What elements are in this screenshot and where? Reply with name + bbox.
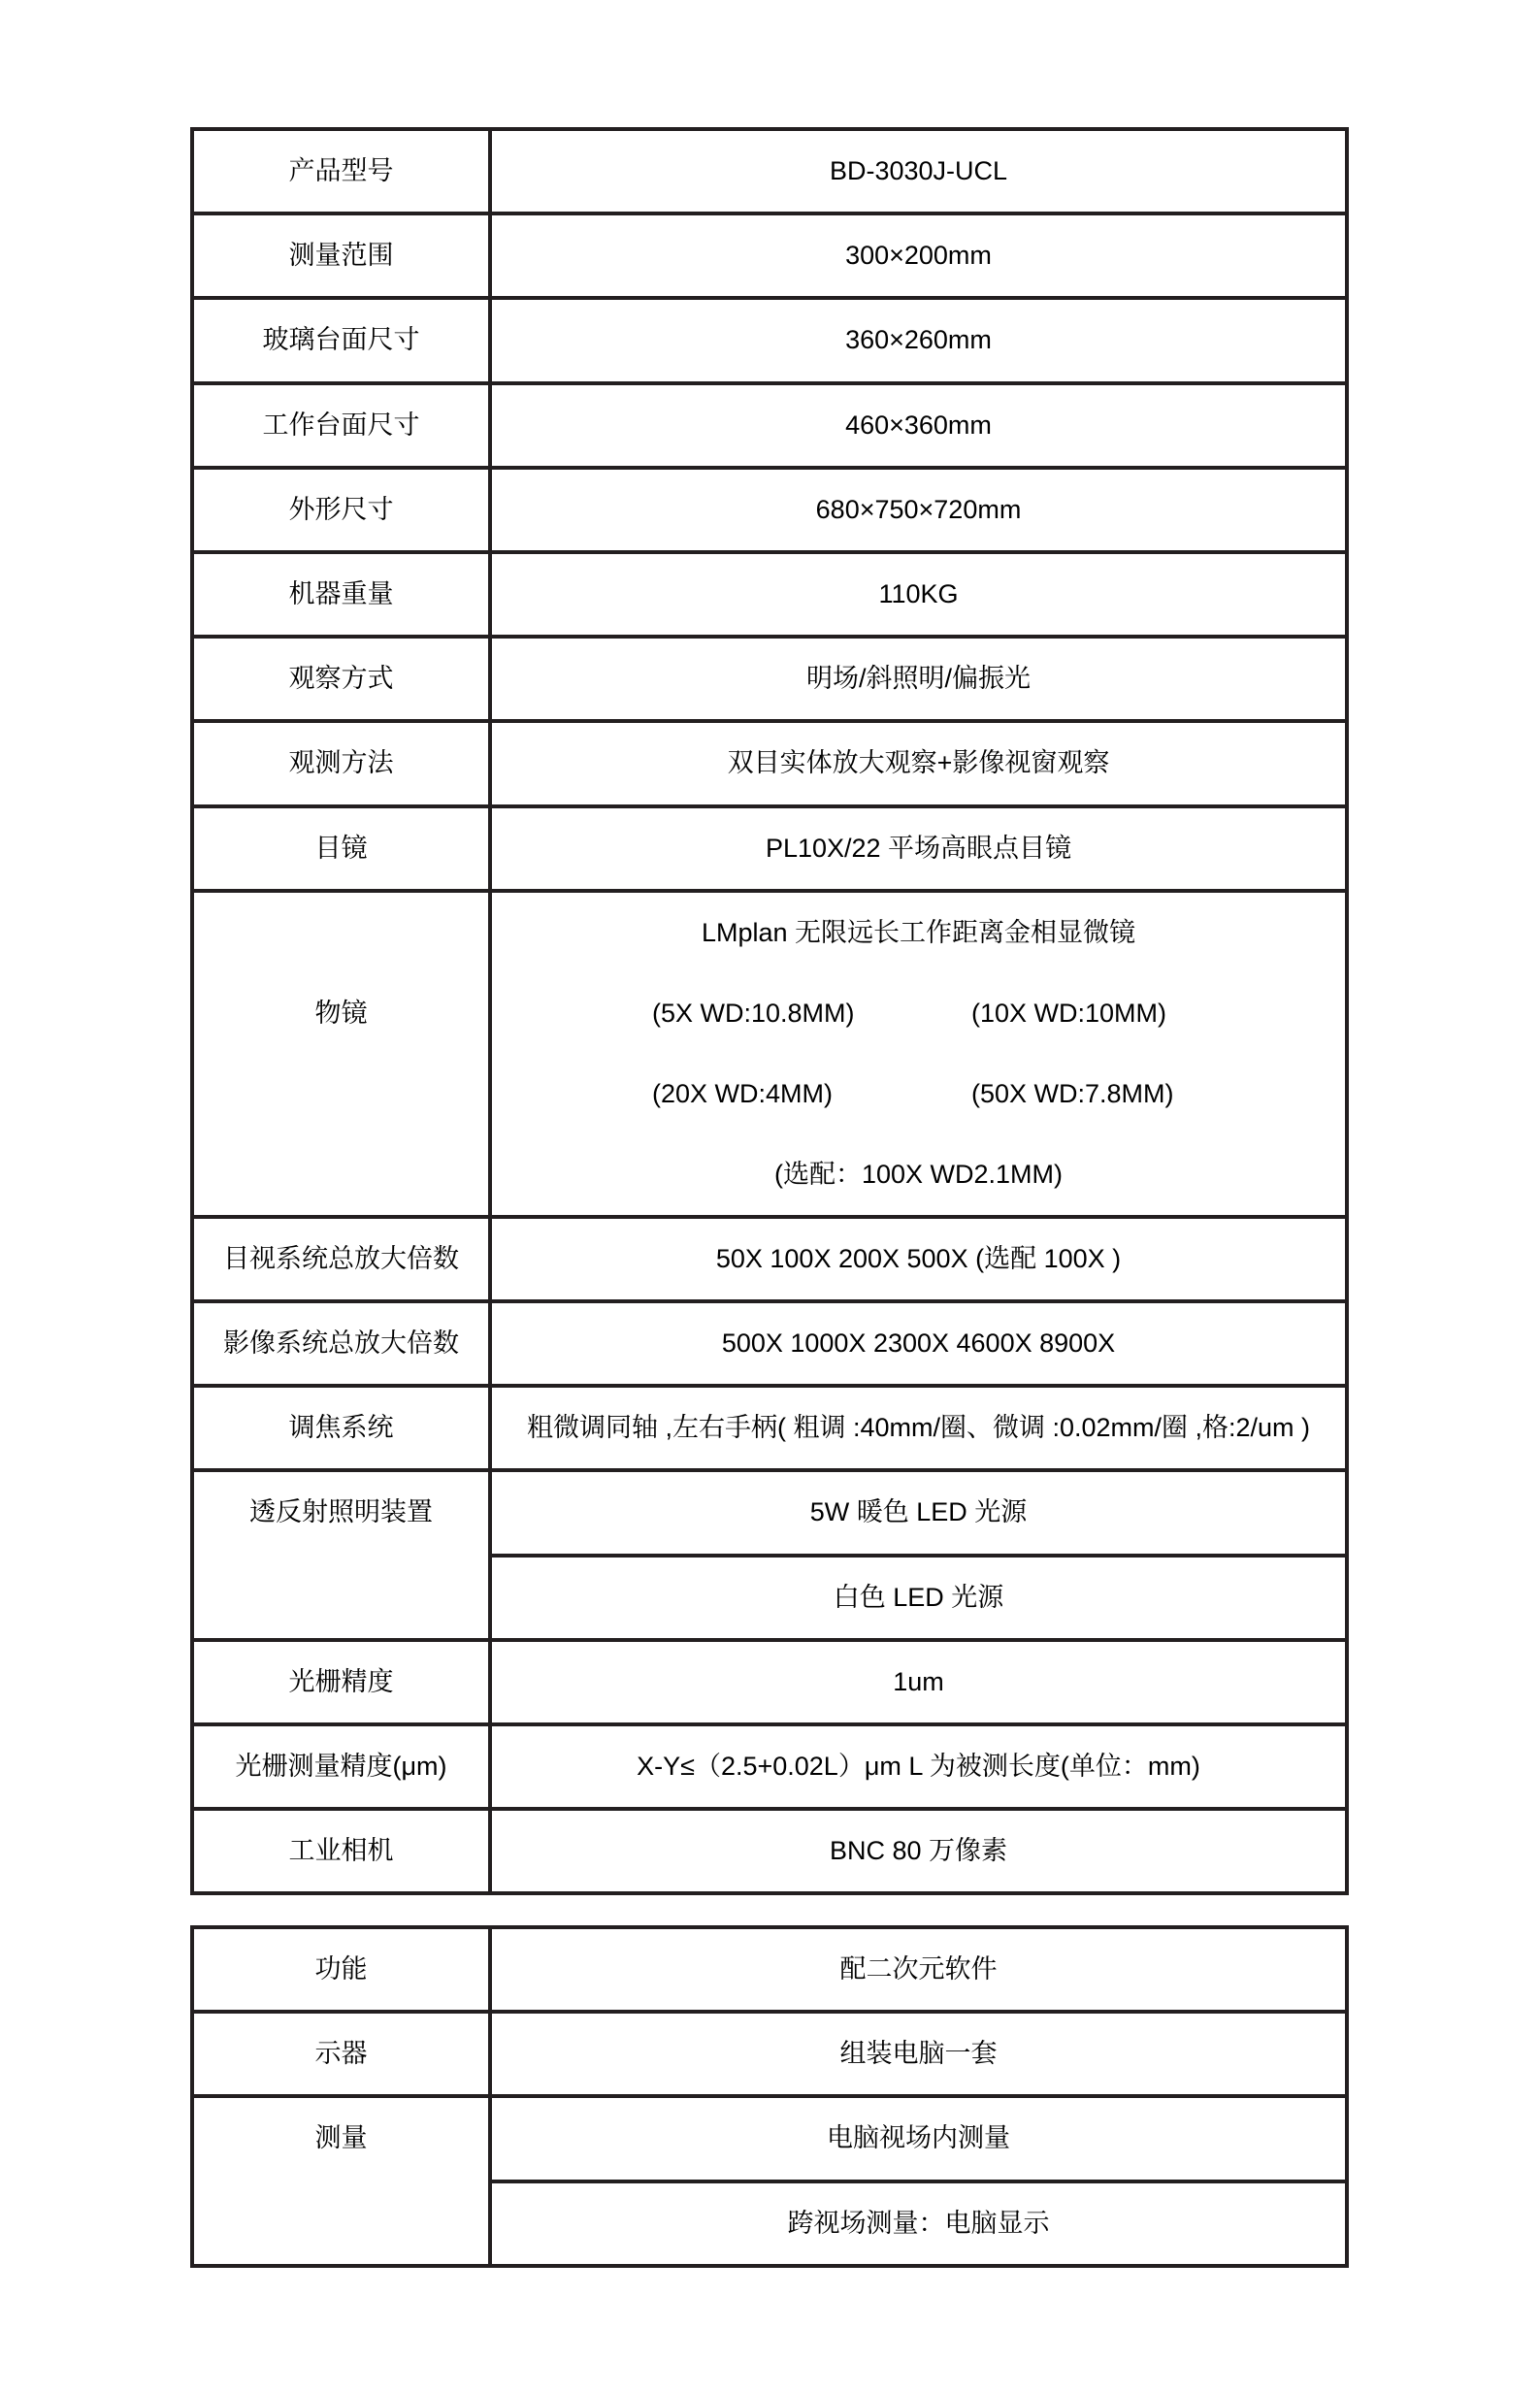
row-value: 300×200mm	[492, 215, 1345, 296]
measurement-values: 电脑视场内测量 跨视场测量：电脑显示	[492, 2098, 1345, 2263]
row-value: 50X 100X 200X 500X (选配 100X )	[492, 1219, 1345, 1299]
lens-10x: (10X WD:10MM)	[971, 973, 1166, 1054]
row-value: BD-3030J-UCL	[492, 131, 1345, 212]
row-label: 示器	[194, 2014, 492, 2094]
row-label: 光栅测量精度(μm)	[194, 1726, 492, 1807]
row-label: 物镜	[194, 893, 492, 1215]
lens-5x: (5X WD:10.8MM)	[652, 973, 855, 1054]
objective-details: LMplan 无限远长工作距离金相显微镜 (5X WD:10.8MM) (10X…	[492, 893, 1345, 1215]
row-value: BNC 80 万像素	[492, 1811, 1345, 1891]
row-value: 500X 1000X 2300X 4600X 8900X	[492, 1303, 1345, 1384]
row-label: 产品型号	[194, 131, 492, 212]
row-grating-resolution: 光栅精度 1um	[194, 1638, 1345, 1722]
measurement-in-field: 电脑视场内测量	[492, 2098, 1345, 2179]
row-label: 测量	[194, 2098, 492, 2263]
row-label: 调焦系统	[194, 1388, 492, 1468]
objective-optional: (选配：100X WD2.1MM)	[492, 1134, 1345, 1215]
row-visual-total-magnification: 目视系统总放大倍数 50X 100X 200X 500X (选配 100X )	[194, 1215, 1345, 1299]
row-value: 组装电脑一套	[492, 2014, 1345, 2094]
row-observation-mode: 观察方式 明场/斜照明/偏振光	[194, 635, 1345, 719]
row-value: 110KG	[492, 554, 1345, 635]
row-overall-dimensions: 外形尺寸 680×750×720mm	[194, 466, 1345, 550]
row-label: 目视系统总放大倍数	[194, 1219, 492, 1299]
spec-table-software: 功能 配二次元软件 示器 组装电脑一套 测量 电脑视场内测量 跨视场测量：电脑显…	[190, 1925, 1349, 2268]
row-value: 双目实体放大观察+影像视窗观察	[492, 723, 1345, 803]
row-focusing-system: 调焦系统 粗微调同轴 ,左右手柄( 粗调 :40mm/圈、微调 :0.02mm/…	[194, 1384, 1345, 1468]
row-imaging-total-magnification: 影像系统总放大倍数 500X 1000X 2300X 4600X 8900X	[194, 1299, 1345, 1384]
row-label: 功能	[194, 1929, 492, 2010]
row-eyepiece: 目镜 PL10X/22 平场高眼点目镜	[194, 804, 1345, 889]
row-value: 360×260mm	[492, 300, 1345, 380]
row-label: 透反射照明装置	[194, 1472, 492, 1637]
row-industrial-camera: 工业相机 BNC 80 万像素	[194, 1807, 1345, 1891]
row-label: 影像系统总放大倍数	[194, 1303, 492, 1384]
row-machine-weight: 机器重量 110KG	[194, 550, 1345, 635]
row-label: 光栅精度	[194, 1642, 492, 1722]
row-value: PL10X/22 平场高眼点目镜	[492, 808, 1345, 889]
row-label: 测量范围	[194, 215, 492, 296]
lens-20x: (20X WD:4MM)	[652, 1054, 833, 1134]
objective-label: 物镜	[194, 973, 488, 1054]
row-value: 460×360mm	[492, 385, 1345, 466]
row-display: 示器 组装电脑一套	[194, 2010, 1345, 2094]
illumination-warm-led: 5W 暖色 LED 光源	[492, 1472, 1345, 1553]
row-value: 粗微调同轴 ,左右手柄( 粗调 :40mm/圈、微调 :0.02mm/圈 ,格:…	[492, 1388, 1345, 1468]
row-value: 配二次元软件	[492, 1929, 1345, 2010]
row-measuring-range: 测量范围 300×200mm	[194, 212, 1345, 296]
row-value: 1um	[492, 1642, 1345, 1722]
objective-title: LMplan 无限远长工作距离金相显微镜	[492, 893, 1345, 973]
row-label: 目镜	[194, 808, 492, 889]
objective-lens-line: (5X WD:10.8MM) (10X WD:10MM)	[492, 973, 1345, 1054]
spec-table-main: 产品型号 BD-3030J-UCL 测量范围 300×200mm 玻璃台面尺寸 …	[190, 127, 1349, 1895]
row-glass-stage-size: 玻璃台面尺寸 360×260mm	[194, 296, 1345, 380]
row-function: 功能 配二次元软件	[194, 1929, 1345, 2010]
illumination-values: 5W 暖色 LED 光源 白色 LED 光源	[492, 1472, 1345, 1637]
row-work-stage-size: 工作台面尺寸 460×360mm	[194, 381, 1345, 466]
row-label: 玻璃台面尺寸	[194, 300, 492, 380]
measurement-cross-field: 跨视场测量：电脑显示	[492, 2180, 1345, 2264]
row-label: 工作台面尺寸	[194, 385, 492, 466]
row-value: X-Y≤（2.5+0.02L）μm L 为被测长度(单位：mm)	[492, 1726, 1345, 1807]
row-value: 680×750×720mm	[492, 470, 1345, 550]
objective-lens-line: (20X WD:4MM) (50X WD:7.8MM)	[492, 1054, 1345, 1134]
row-illumination: 透反射照明装置 5W 暖色 LED 光源 白色 LED 光源	[194, 1468, 1345, 1637]
row-observation-method: 观测方法 双目实体放大观察+影像视窗观察	[194, 719, 1345, 803]
row-label: 工业相机	[194, 1811, 492, 1891]
row-label: 外形尺寸	[194, 470, 492, 550]
row-objective: 物镜 LMplan 无限远长工作距离金相显微镜 (5X WD:10.8MM) (…	[194, 889, 1345, 1215]
row-grating-accuracy: 光栅测量精度(μm) X-Y≤（2.5+0.02L）μm L 为被测长度(单位：…	[194, 1722, 1345, 1807]
row-label: 机器重量	[194, 554, 492, 635]
row-label: 观测方法	[194, 723, 492, 803]
lens-50x: (50X WD:7.8MM)	[971, 1054, 1174, 1134]
row-measurement: 测量 电脑视场内测量 跨视场测量：电脑显示	[194, 2094, 1345, 2263]
row-value: 明场/斜照明/偏振光	[492, 639, 1345, 719]
row-product-model: 产品型号 BD-3030J-UCL	[194, 131, 1345, 212]
illumination-white-led: 白色 LED 光源	[492, 1554, 1345, 1638]
row-label: 观察方式	[194, 639, 492, 719]
illumination-label: 透反射照明装置	[194, 1472, 488, 1553]
measurement-label: 测量	[194, 2098, 488, 2179]
